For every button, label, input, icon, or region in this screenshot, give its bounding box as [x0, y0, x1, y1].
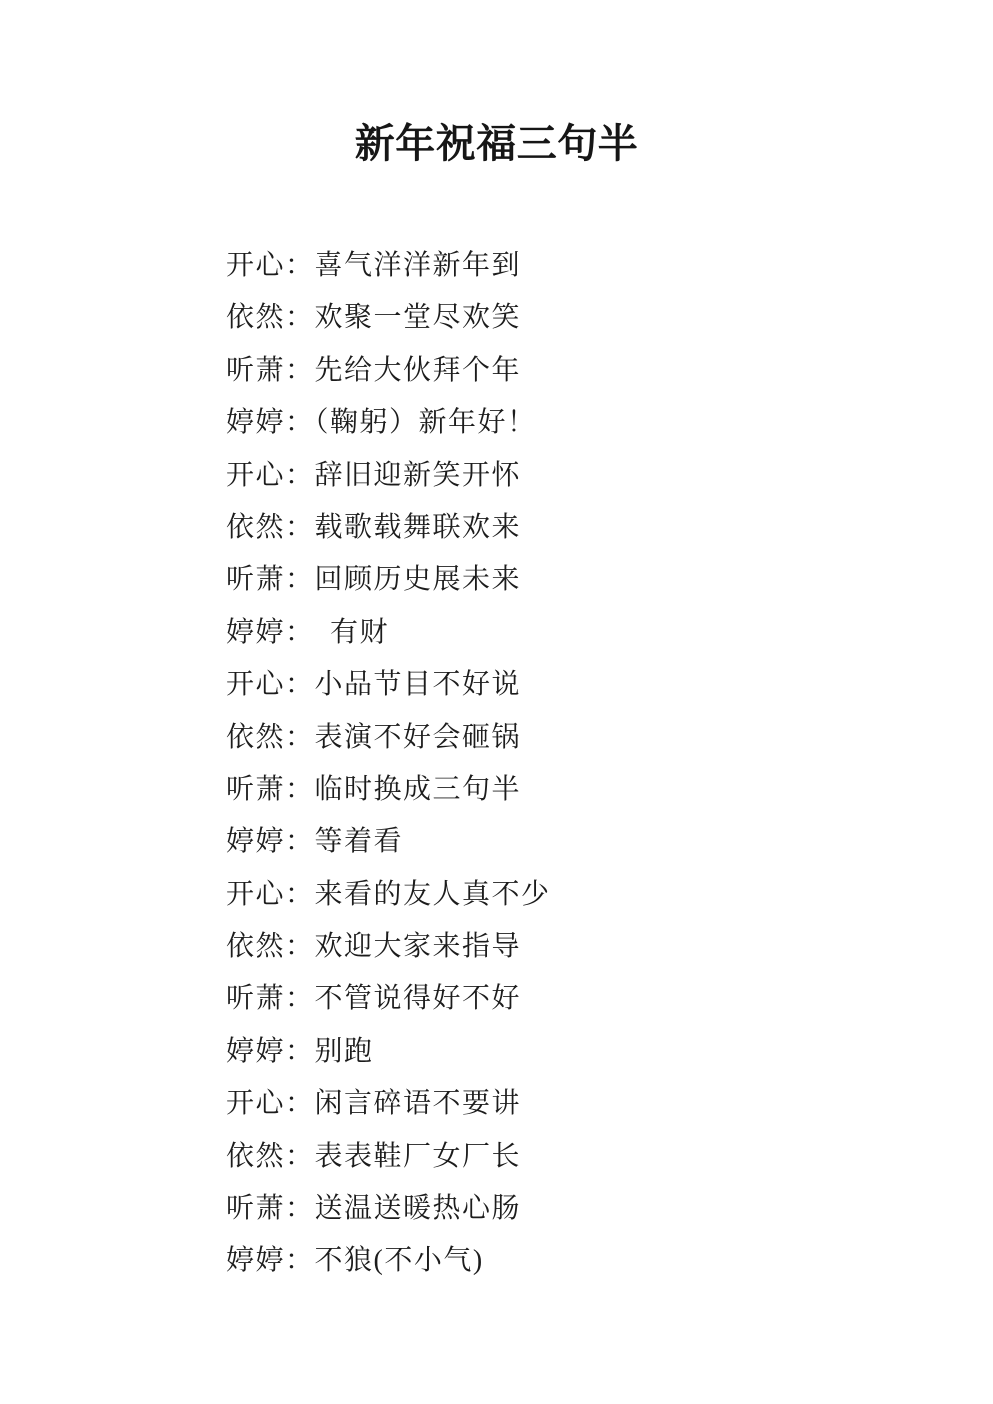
colon-separator: ：	[285, 774, 315, 805]
speech-text: 有财	[301, 617, 390, 648]
speaker-name: 听萧	[226, 355, 285, 386]
speech-text: 喜气洋洋新年到	[315, 250, 522, 281]
speaker-name: 婷婷	[226, 1036, 285, 1067]
script-line: 开心：闲言碎语不要讲	[226, 1078, 913, 1130]
script-line: 听萧：不管说得好不好	[226, 973, 913, 1025]
speech-text: 临时换成三句半	[315, 774, 522, 805]
colon-separator: ：	[285, 669, 315, 700]
speech-text: 先给大伙拜个年	[315, 355, 522, 386]
script-line: 依然：表演不好会砸锅	[226, 712, 913, 764]
speaker-name: 婷婷	[226, 826, 285, 857]
speech-text: 辞旧迎新笑开怀	[315, 460, 522, 491]
script-line: 依然：载歌载舞联欢来	[226, 502, 913, 554]
colon-separator: ：	[285, 983, 315, 1014]
speaker-name: 开心	[226, 669, 285, 700]
speaker-name: 依然	[226, 931, 285, 962]
speech-text: 小品节目不好说	[315, 669, 522, 700]
page-title: 新年祝福三句半	[0, 0, 993, 166]
script-line: 婷婷： 有财	[226, 607, 913, 659]
speech-text: 载歌载舞联欢来	[315, 512, 522, 543]
speech-text: 表演不好会砸锅	[315, 722, 522, 753]
speaker-name: 依然	[226, 722, 285, 753]
script-line: 婷婷：（鞠躬）新年好！	[226, 397, 913, 449]
script-line: 婷婷：不狼(不小气)	[226, 1235, 913, 1287]
speaker-name: 开心	[226, 460, 285, 491]
script-line: 婷婷：等着看	[226, 816, 913, 868]
script-line: 听萧：先给大伙拜个年	[226, 345, 913, 397]
colon-separator: ：	[285, 512, 315, 543]
speaker-name: 依然	[226, 1141, 285, 1172]
colon-separator: ：	[285, 879, 315, 910]
speaker-name: 听萧	[226, 774, 285, 805]
colon-separator: ：	[285, 407, 315, 438]
speaker-name: 婷婷	[226, 407, 285, 438]
colon-separator: ：	[285, 250, 315, 281]
script-line: 听萧：回顾历史展未来	[226, 554, 913, 606]
script-line: 开心：来看的友人真不少	[226, 869, 913, 921]
colon-separator: ：	[285, 617, 301, 648]
speech-text: 来看的友人真不少	[315, 879, 551, 910]
colon-separator: ：	[285, 826, 315, 857]
colon-separator: ：	[285, 1088, 315, 1119]
script-line: 依然：欢聚一堂尽欢笑	[226, 292, 913, 344]
colon-separator: ：	[285, 564, 315, 595]
script-line: 开心：小品节目不好说	[226, 659, 913, 711]
script-line: 听萧：送温送暖热心肠	[226, 1183, 913, 1235]
speaker-name: 开心	[226, 879, 285, 910]
speaker-name: 听萧	[226, 983, 285, 1014]
speech-text: 不管说得好不好	[315, 983, 522, 1014]
speech-text: 等着看	[315, 826, 404, 857]
colon-separator: ：	[285, 722, 315, 753]
speech-text: （鞠躬）新年好！	[315, 407, 537, 438]
speech-text: 欢聚一堂尽欢笑	[315, 302, 522, 333]
colon-separator: ：	[285, 355, 315, 386]
script-line: 开心：辞旧迎新笑开怀	[226, 450, 913, 502]
speaker-name: 开心	[226, 1088, 285, 1119]
speaker-name: 婷婷	[226, 617, 285, 648]
speaker-name: 婷婷	[226, 1245, 285, 1276]
speech-text: 表表鞋厂女厂长	[315, 1141, 522, 1172]
speech-text: 送温送暖热心肠	[315, 1193, 522, 1224]
script-line: 婷婷：别跑	[226, 1026, 913, 1078]
script-line: 听萧：临时换成三句半	[226, 764, 913, 816]
speech-text: 欢迎大家来指导	[315, 931, 522, 962]
speech-text: 回顾历史展未来	[315, 564, 522, 595]
script-line: 开心：喜气洋洋新年到	[226, 240, 913, 292]
colon-separator: ：	[285, 1193, 315, 1224]
script-line: 依然：欢迎大家来指导	[226, 921, 913, 973]
speaker-name: 依然	[226, 512, 285, 543]
speaker-name: 听萧	[226, 564, 285, 595]
colon-separator: ：	[285, 460, 315, 491]
colon-separator: ：	[285, 1245, 315, 1276]
script-line: 依然：表表鞋厂女厂长	[226, 1131, 913, 1183]
colon-separator: ：	[285, 931, 315, 962]
colon-separator: ：	[285, 302, 315, 333]
speaker-name: 开心	[226, 250, 285, 281]
speaker-name: 听萧	[226, 1193, 285, 1224]
speech-text: 不狼(不小气)	[315, 1245, 484, 1276]
speaker-name: 依然	[226, 302, 285, 333]
colon-separator: ：	[285, 1141, 315, 1172]
speech-text: 别跑	[315, 1036, 374, 1067]
colon-separator: ：	[285, 1036, 315, 1067]
speech-text: 闲言碎语不要讲	[315, 1088, 522, 1119]
document-page: 新年祝福三句半 开心：喜气洋洋新年到 依然：欢聚一堂尽欢笑 听萧：先给大伙拜个年…	[0, 0, 993, 1404]
script-lines-container: 开心：喜气洋洋新年到 依然：欢聚一堂尽欢笑 听萧：先给大伙拜个年 婷婷：（鞠躬）…	[226, 240, 913, 1288]
